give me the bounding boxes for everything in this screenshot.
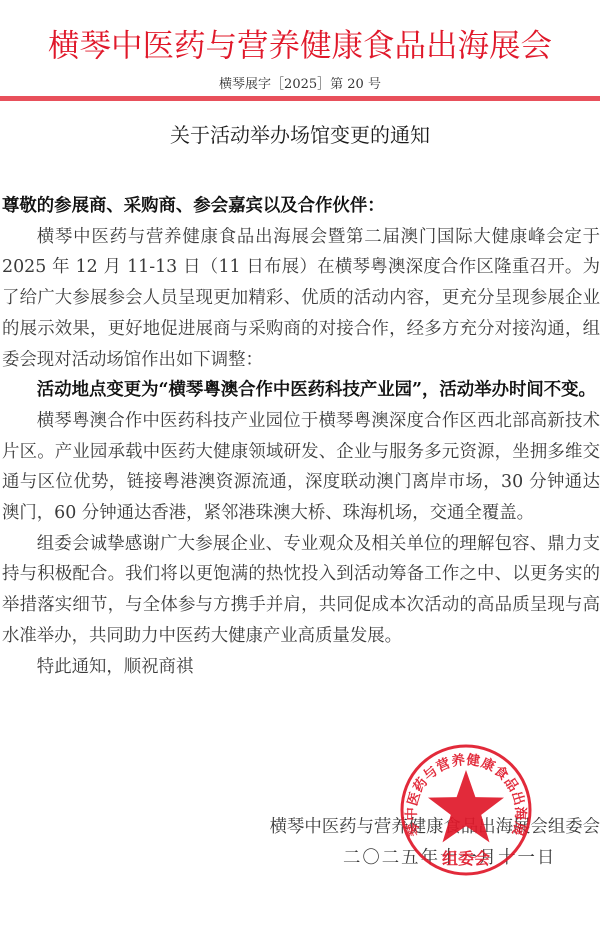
notice-body: 尊敬的参展商、采购商、参会嘉宾以及合作伙伴： 横琴中医药与营养健康食品出海展会暨…	[2, 191, 600, 682]
paragraph-thanks: 组委会诚挚感谢广大参展企业、专业观众及相关单位的理解包容、鼎力支持与积极配合。我…	[2, 529, 600, 652]
paragraph-closing: 特此通知，顺祝商祺	[2, 652, 600, 683]
seal-bottom-text: 组委会	[442, 849, 490, 868]
document-number: 横琴展字［2025］第 20 号	[0, 76, 600, 94]
letterhead-title: 横琴中医药与营养健康食品出海展会	[0, 24, 600, 68]
official-seal: 横琴中医药与营养健康食品出海展会 组委会	[398, 742, 534, 878]
notice-title: 关于活动举办场馆变更的通知	[0, 122, 600, 148]
paragraph-venue-description: 横琴粤澳合作中医药科技产业园位于横琴粤澳深度合作区西北部高新技术片区。产业园承载…	[2, 406, 600, 529]
paragraph-intro: 横琴中医药与营养健康食品出海展会暨第二届澳门国际大健康峰会定于 2025 年 1…	[2, 222, 600, 376]
star-icon	[428, 770, 504, 842]
paragraph-venue-change: 活动地点变更为“横琴粤澳合作中医药科技产业园”，活动举办时间不变。	[2, 375, 600, 406]
letterhead-divider	[0, 96, 600, 101]
salutation: 尊敬的参展商、采购商、参会嘉宾以及合作伙伴：	[2, 191, 600, 222]
